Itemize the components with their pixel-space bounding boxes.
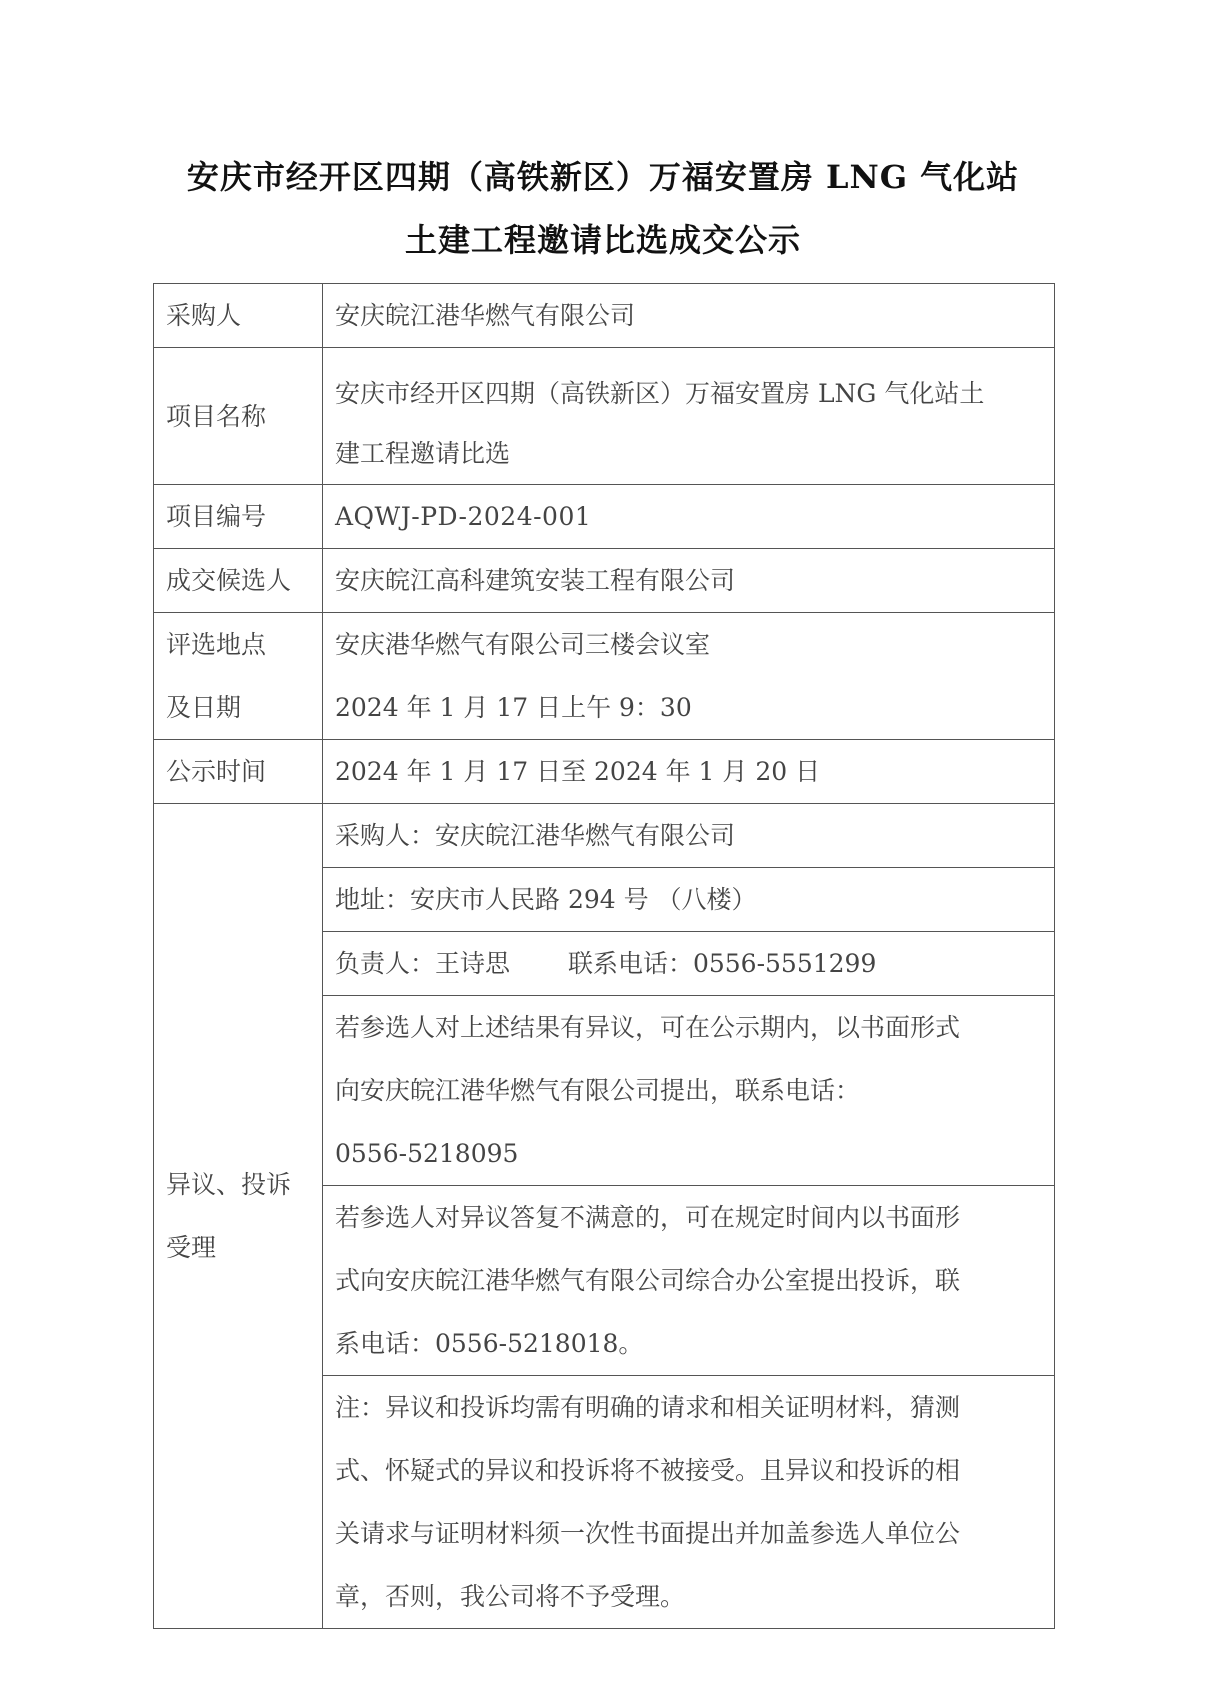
value-line: 负责人：王诗思 联系电话：0556-5551299 bbox=[335, 932, 1054, 995]
label-line: 评选地点 bbox=[166, 613, 322, 676]
value-line: 地址：安庆市人民路 294 号 （八楼） bbox=[335, 868, 1054, 931]
table-row-project-name: 项目名称 安庆市经开区四期（高铁新区）万福安置房 LNG 气化站土 建工程邀请比… bbox=[154, 348, 1055, 485]
value-line: 式、怀疑式的异议和投诉将不被接受。且异议和投诉的相 bbox=[335, 1439, 1054, 1502]
value-line: 采购人：安庆皖江港华燃气有限公司 bbox=[335, 804, 1054, 867]
value-line: 0556-5218095 bbox=[335, 1122, 1054, 1185]
label-line: 异议、投诉 bbox=[166, 1153, 322, 1216]
value-line: 安庆市经开区四期（高铁新区）万福安置房 LNG 气化站土 bbox=[335, 376, 1054, 412]
row-label: 公示时间 bbox=[154, 740, 323, 804]
value-line: 注：异议和投诉均需有明确的请求和相关证明材料，猜测 bbox=[335, 1376, 1054, 1439]
label-line: 受理 bbox=[166, 1216, 322, 1279]
value-line: AQWJ-PD-2024-001 bbox=[335, 485, 1054, 548]
row-value: 安庆港华燃气有限公司三楼会议室 2024 年 1 月 17 日上午 9：30 bbox=[323, 613, 1055, 740]
table-row-project-number: 项目编号 AQWJ-PD-2024-001 bbox=[154, 485, 1055, 549]
table-row-winning-candidate: 成交候选人 安庆皖江高科建筑安装工程有限公司 bbox=[154, 549, 1055, 613]
value-line: 安庆港华燃气有限公司三楼会议室 bbox=[335, 613, 1054, 676]
value-line: 2024 年 1 月 17 日上午 9：30 bbox=[335, 676, 1054, 739]
row-value: 安庆市经开区四期（高铁新区）万福安置房 LNG 气化站土 建工程邀请比选 bbox=[323, 348, 1055, 485]
objection-procedure: 若参选人对上述结果有异议，可在公示期内，以书面形式 向安庆皖江港华燃气有限公司提… bbox=[323, 996, 1055, 1186]
row-label: 评选地点 及日期 bbox=[154, 613, 323, 740]
row-label: 项目编号 bbox=[154, 485, 323, 549]
value-line: 建工程邀请比选 bbox=[335, 436, 1054, 472]
document-title-line-1: 安庆市经开区四期（高铁新区）万福安置房 LNG 气化站 bbox=[0, 152, 1206, 198]
document-title-line-2: 土建工程邀请比选成交公示 bbox=[0, 215, 1206, 261]
table-row-purchaser: 采购人 安庆皖江港华燃气有限公司 bbox=[154, 284, 1055, 348]
objection-purchaser: 采购人：安庆皖江港华燃气有限公司 bbox=[323, 804, 1055, 868]
value-line: 安庆皖江高科建筑安装工程有限公司 bbox=[335, 549, 1054, 612]
value-line: 章，否则，我公司将不予受理。 bbox=[335, 1565, 1054, 1628]
table-row-publicity-period: 公示时间 2024 年 1 月 17 日至 2024 年 1 月 20 日 bbox=[154, 740, 1055, 804]
row-label: 采购人 bbox=[154, 284, 323, 348]
label-line: 及日期 bbox=[166, 676, 322, 739]
table-row-objection-contact: 异议、投诉 受理 采购人：安庆皖江港华燃气有限公司 bbox=[154, 804, 1055, 868]
value-line: 2024 年 1 月 17 日至 2024 年 1 月 20 日 bbox=[335, 740, 1054, 803]
row-label: 项目名称 bbox=[154, 348, 323, 485]
objection-note: 注：异议和投诉均需有明确的请求和相关证明材料，猜测 式、怀疑式的异议和投诉将不被… bbox=[323, 1376, 1055, 1629]
objection-contact-person: 负责人：王诗思 联系电话：0556-5551299 bbox=[323, 932, 1055, 996]
row-value: AQWJ-PD-2024-001 bbox=[323, 485, 1055, 549]
value-line: 向安庆皖江港华燃气有限公司提出，联系电话： bbox=[335, 1059, 1054, 1122]
row-label-objection: 异议、投诉 受理 bbox=[154, 804, 323, 1629]
row-value: 安庆皖江港华燃气有限公司 bbox=[323, 284, 1055, 348]
value-line: 系电话：0556-5218018。 bbox=[335, 1312, 1054, 1375]
table-row-venue-date: 评选地点 及日期 安庆港华燃气有限公司三楼会议室 2024 年 1 月 17 日… bbox=[154, 613, 1055, 740]
row-label: 成交候选人 bbox=[154, 549, 323, 613]
value-line: 关请求与证明材料须一次性书面提出并加盖参选人单位公 bbox=[335, 1502, 1054, 1565]
objection-address: 地址：安庆市人民路 294 号 （八楼） bbox=[323, 868, 1055, 932]
value-line: 若参选人对异议答复不满意的，可在规定时间内以书面形 bbox=[335, 1186, 1054, 1249]
complaint-procedure: 若参选人对异议答复不满意的，可在规定时间内以书面形 式向安庆皖江港华燃气有限公司… bbox=[323, 1186, 1055, 1376]
value-line: 安庆皖江港华燃气有限公司 bbox=[335, 284, 1054, 347]
value-line: 若参选人对上述结果有异议，可在公示期内，以书面形式 bbox=[335, 996, 1054, 1059]
announcement-table: 采购人 安庆皖江港华燃气有限公司 项目名称 安庆市经开区四期（高铁新区）万福安置… bbox=[153, 283, 1055, 1629]
value-line: 式向安庆皖江港华燃气有限公司综合办公室提出投诉，联 bbox=[335, 1249, 1054, 1312]
row-value: 安庆皖江高科建筑安装工程有限公司 bbox=[323, 549, 1055, 613]
row-value: 2024 年 1 月 17 日至 2024 年 1 月 20 日 bbox=[323, 740, 1055, 804]
